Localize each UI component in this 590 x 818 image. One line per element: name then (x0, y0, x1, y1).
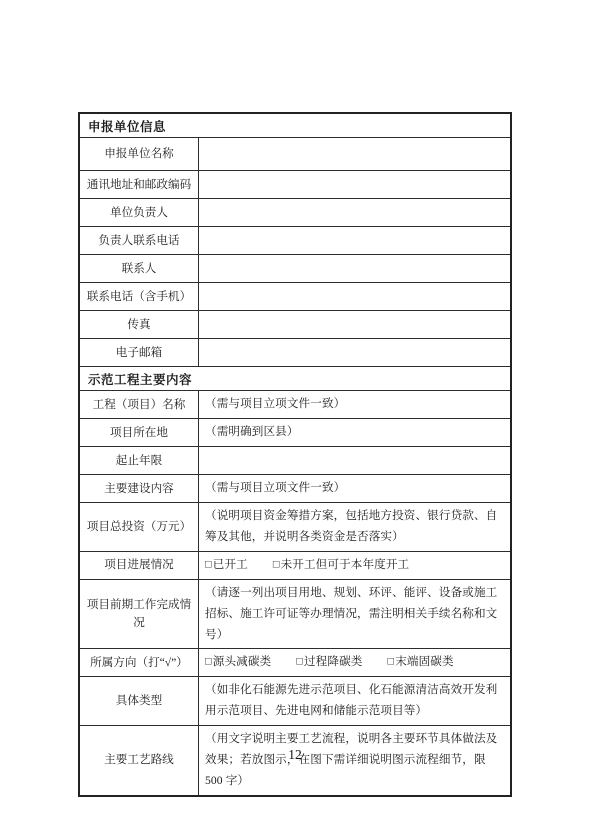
checkbox-option: □源头减碳类 (205, 652, 271, 673)
field-value: （需明确到区县） (199, 419, 510, 446)
field-row: 联系电话（含手机） (80, 282, 510, 310)
section-title: 示范工程主要内容 (88, 370, 192, 388)
checkbox-icon: □ (205, 555, 212, 575)
checkbox-icon: □ (296, 652, 303, 672)
field-value (199, 447, 510, 474)
field-value-checkboxes: □已开工 □未开工但可于本年度开工 (199, 552, 510, 579)
field-label: 联系电话（含手机） (80, 283, 199, 310)
checkbox-label: 源头减碳类 (213, 652, 271, 673)
checkbox-label: 未开工但可于本年度开工 (281, 555, 410, 576)
field-value (199, 255, 510, 282)
field-value: （需与项目立项文件一致） (199, 391, 510, 418)
field-value (199, 339, 510, 366)
field-label: 主要建设内容 (80, 475, 199, 502)
field-label: 项目进展情况 (80, 552, 199, 579)
section-header-applicant-info: 申报单位信息 (80, 114, 510, 137)
field-value: （说明项目资金筹措方案，包括地方投资、银行贷款、自筹及其他，并说明各类资金是否落… (199, 503, 510, 551)
field-label: 申报单位名称 (80, 138, 199, 170)
field-value: （需与项目立项文件一致） (199, 475, 510, 502)
field-value (199, 138, 510, 170)
field-row: 项目总投资（万元） （说明项目资金筹措方案，包括地方投资、银行贷款、自筹及其他，… (80, 502, 510, 551)
field-value-checkboxes: □源头减碳类 □过程降碳类 □末端固碳类 (199, 649, 510, 676)
page-number: 12 (0, 747, 590, 763)
checkbox-label: 已开工 (213, 555, 248, 576)
checkbox-label: 末端固碳类 (395, 652, 453, 673)
field-row: 主要建设内容 （需与项目立项文件一致） (80, 474, 510, 502)
field-label: 电子邮箱 (80, 339, 199, 366)
field-label: 传真 (80, 311, 199, 338)
checkbox-icon: □ (387, 652, 394, 672)
field-label: 通讯地址和邮政编码 (80, 171, 199, 198)
field-label: 项目总投资（万元） (80, 503, 199, 551)
field-row: 起止年限 (80, 446, 510, 474)
checkbox-option: □过程降碳类 (296, 652, 362, 673)
field-label: 具体类型 (80, 677, 199, 725)
field-row: 联系人 (80, 254, 510, 282)
field-row: 具体类型 （如非化石能源先进示范项目、化石能源清洁高效开发利用示范项目、先进电网… (80, 676, 510, 725)
checkbox-option: □已开工 (205, 555, 248, 576)
field-row: 申报单位名称 (80, 137, 510, 170)
field-label: 项目前期工作完成情况 (80, 580, 199, 649)
field-value (199, 283, 510, 310)
field-label: 工程（项目）名称 (80, 391, 199, 418)
field-label: 单位负责人 (80, 199, 199, 226)
field-value (199, 171, 510, 198)
field-row: 负责人联系电话 (80, 226, 510, 254)
checkbox-icon: □ (205, 652, 212, 672)
field-value (199, 199, 510, 226)
checkbox-option: □未开工但可于本年度开工 (273, 555, 409, 576)
checkbox-label: 过程降碳类 (304, 652, 362, 673)
field-label: 负责人联系电话 (80, 227, 199, 254)
field-value: （请逐一列出项目用地、规划、环评、能评、设备或施工招标、施工许可证等办理情况，需… (199, 580, 510, 649)
field-label: 起止年限 (80, 447, 199, 474)
field-row: 单位负责人 (80, 198, 510, 226)
field-row: 项目所在地 （需明确到区县） (80, 418, 510, 446)
section-title: 申报单位信息 (88, 117, 166, 135)
field-row: 电子邮箱 (80, 338, 510, 366)
checkbox-icon: □ (273, 555, 280, 575)
field-row: 通讯地址和邮政编码 (80, 170, 510, 198)
document-page: 申报单位信息 申报单位名称 通讯地址和邮政编码 单位负责人 负责人联系电话 联系… (0, 0, 590, 818)
field-row: 工程（项目）名称 （需与项目立项文件一致） (80, 390, 510, 418)
field-row: 传真 (80, 310, 510, 338)
field-value (199, 227, 510, 254)
checkbox-option: □末端固碳类 (387, 652, 453, 673)
field-row: 项目前期工作完成情况 （请逐一列出项目用地、规划、环评、能评、设备或施工招标、施… (80, 579, 510, 649)
field-label: 项目所在地 (80, 419, 199, 446)
application-form-table: 申报单位信息 申报单位名称 通讯地址和邮政编码 单位负责人 负责人联系电话 联系… (78, 112, 512, 797)
field-row-direction: 所属方向（打“√”） □源头减碳类 □过程降碳类 □末端固碳类 (80, 648, 510, 676)
section-header-project-content: 示范工程主要内容 (80, 366, 510, 390)
field-label: 所属方向（打“√”） (80, 649, 199, 676)
field-label: 联系人 (80, 255, 199, 282)
field-row-project-progress: 项目进展情况 □已开工 □未开工但可于本年度开工 (80, 551, 510, 579)
field-value: （如非化石能源先进示范项目、化石能源清洁高效开发利用示范项目、先进电网和储能示范… (199, 677, 510, 725)
field-value (199, 311, 510, 338)
